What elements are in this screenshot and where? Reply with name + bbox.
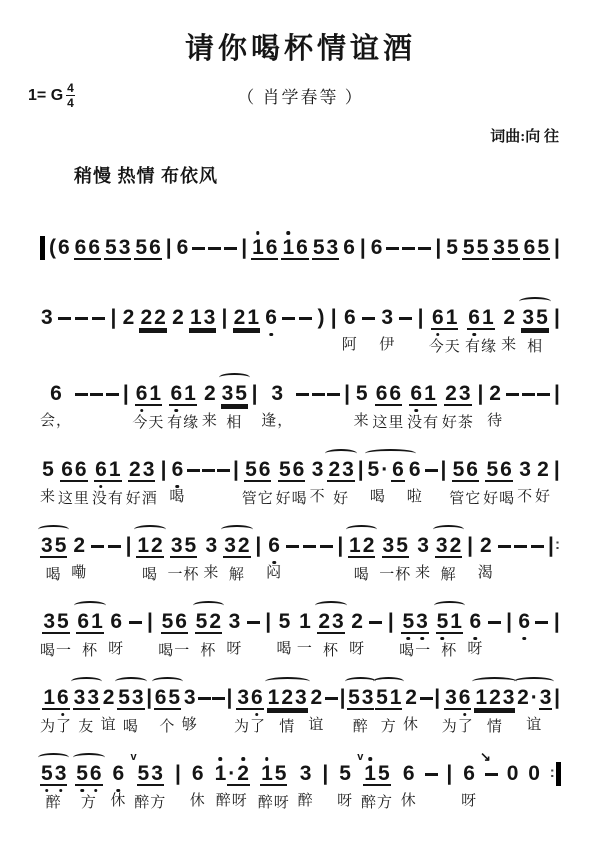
lyric: 好喝 <box>276 487 308 508</box>
time-signature: 4 4 <box>66 81 75 110</box>
octave-dot-below <box>45 789 49 793</box>
lyric: 来 <box>354 409 370 430</box>
subtitle: （ 肖学春等 ） <box>0 79 601 108</box>
lyric: 杯 <box>323 639 339 660</box>
begin-repeat-sign: |: <box>548 522 561 580</box>
octave-dot-below <box>463 713 467 717</box>
octave-dot-below <box>80 789 84 793</box>
note-token: 53 <box>312 224 339 260</box>
slur-arc <box>346 525 377 534</box>
lyric: 醉 <box>298 789 314 810</box>
lyric: 闷 <box>266 561 282 582</box>
lyric: 喝 <box>142 563 158 584</box>
note-token: 3伊 <box>379 294 395 354</box>
lyric: 喝一 <box>399 639 431 660</box>
page-title: 请你喝杯情谊酒 <box>0 26 601 67</box>
octave-dot-above <box>368 757 372 761</box>
dash-note <box>325 674 338 724</box>
note-token: ) <box>317 294 326 352</box>
score-line: 6会，|61今天61有缘2来35相|3逢，|5来66这里61没有23好茶|2待| <box>40 370 561 432</box>
note-token: 1·2醉呀 <box>214 750 250 810</box>
barline: | <box>505 598 513 656</box>
dash-note <box>91 522 104 572</box>
dash-note <box>299 294 312 344</box>
final-barline <box>556 762 561 786</box>
slur-arc <box>115 677 146 686</box>
dash-note <box>217 446 230 496</box>
slur-arc <box>221 525 252 534</box>
note-token: 51方 <box>375 674 402 736</box>
lyric: 休 <box>403 713 419 734</box>
note-token: 56管它 <box>242 446 274 508</box>
dash-note <box>535 598 548 648</box>
note-token: 66 <box>74 224 101 260</box>
meter-denominator: 4 <box>67 96 74 110</box>
lyric: 解 <box>441 563 457 584</box>
note-token: 16为了 <box>40 674 72 736</box>
barline: | <box>146 598 154 656</box>
lyric: 这里 <box>58 487 90 508</box>
dash-note <box>485 750 498 800</box>
lyric: 方 <box>81 791 97 812</box>
barline: | <box>240 224 248 258</box>
dash-note <box>202 446 215 496</box>
dash-note <box>198 674 211 724</box>
note-token: 12喝 <box>348 522 375 584</box>
thick-barline <box>40 236 45 260</box>
dash-note <box>399 294 412 344</box>
barline: | <box>221 294 229 352</box>
note-token: 5来 <box>40 446 56 506</box>
dash-note <box>425 750 438 800</box>
barline: | <box>387 598 395 656</box>
lyric: 喝 <box>123 715 139 736</box>
lyric: 喝 <box>354 563 370 584</box>
lyric: 今天 <box>429 335 461 356</box>
barline: | <box>553 674 561 732</box>
slur-arc <box>373 677 404 686</box>
dash-note <box>369 598 382 648</box>
lyric: 休 <box>401 789 417 810</box>
note-token: 52杯 <box>195 598 222 660</box>
dash-note <box>425 446 438 496</box>
lyric: 好酒 <box>126 487 158 508</box>
note-token: 61没有 <box>407 370 439 432</box>
system-start-bar <box>40 224 45 260</box>
lyric: 醉 <box>46 791 62 812</box>
note-token: 23好酒 <box>126 446 158 508</box>
lyric: 呀 <box>349 637 365 658</box>
slur-arc <box>472 677 517 686</box>
note-token: 2呀 <box>349 598 365 658</box>
lyric: 伊 <box>379 333 395 354</box>
lyric: 这里 <box>372 411 404 432</box>
octave-dot-above <box>256 231 260 235</box>
note-token: 3不 <box>517 446 533 506</box>
note-token: 6 <box>391 446 405 506</box>
note-token: 2休 <box>403 674 419 734</box>
note-token: 21 <box>233 294 260 354</box>
dash-note <box>90 370 103 420</box>
score: (6665356|6|1616536|6|5553565|3|222213|21… <box>40 224 561 812</box>
lyric: 会， <box>40 409 72 430</box>
note-token: 56好喝 <box>276 446 308 508</box>
end-repeat-sign: : <box>549 750 561 810</box>
lyric: 为了 <box>442 715 474 736</box>
dash-note <box>106 370 119 420</box>
octave-dot-below <box>255 713 259 717</box>
score-line: 16为了33友2谊53喝|65个3够|36为了123情2谊|53醉51方2休|3… <box>40 674 561 736</box>
note-token: 53喝一 <box>399 598 431 660</box>
barline: | <box>357 446 365 504</box>
note-token: 65 <box>523 224 550 260</box>
dash-note <box>522 370 535 420</box>
dash-note <box>386 224 399 250</box>
barline: | <box>445 750 453 808</box>
lyric: 待 <box>487 409 503 430</box>
note-token: 1一 <box>297 598 313 658</box>
sheet-page: 请你喝杯情谊酒 1= G 4 4 （ 肖学春等 ） 词曲:向 往 稍慢 热情 布… <box>0 0 601 861</box>
barline: | <box>336 522 344 580</box>
note-token: 23好茶 <box>442 370 474 432</box>
note-token: 2待 <box>487 370 503 430</box>
barline: | <box>343 370 351 428</box>
note-token: 53醉 <box>347 674 374 736</box>
note-token: 123情 <box>267 674 308 736</box>
dash-note <box>531 522 544 572</box>
note-token: 33友 <box>73 674 100 736</box>
dash-note <box>418 224 431 250</box>
note-token: 65个 <box>154 674 181 736</box>
dash-note <box>488 598 501 648</box>
note-token: 56喝一 <box>158 598 190 660</box>
note-token: 53 <box>104 224 131 260</box>
dash-note <box>506 370 519 420</box>
slur-arc <box>325 449 356 458</box>
lyric: 好茶 <box>442 411 474 432</box>
lyric: 呀 <box>226 637 242 658</box>
barline: | <box>466 522 474 580</box>
note-token: 3不 <box>310 446 326 506</box>
barline: | <box>165 224 173 258</box>
barline: | <box>553 294 561 352</box>
lyric: 有缘 <box>465 335 497 356</box>
note-token: 22 <box>139 294 166 354</box>
note-token: 53v醉方 <box>134 750 166 812</box>
lyric: 一杯 <box>379 563 411 584</box>
slur-arc <box>315 601 346 610</box>
note-token: 61杯 <box>76 598 103 660</box>
dash-note <box>498 522 511 572</box>
note-token: 2 <box>122 294 136 352</box>
note-token: 61今天 <box>429 294 461 356</box>
barline: | <box>226 674 234 732</box>
slur-arc <box>193 601 224 610</box>
note-token: 66这里 <box>372 370 404 432</box>
note-token: 15醉呀 <box>258 750 290 812</box>
lyric: 友 <box>78 715 94 736</box>
note-token: 0 <box>527 750 541 808</box>
dash-note <box>208 224 221 250</box>
slur-arc <box>74 601 105 610</box>
barline: | <box>251 370 259 428</box>
note-token: (6 <box>48 224 71 258</box>
note-token: 6↘呀 <box>461 750 477 810</box>
barline: | <box>110 294 118 352</box>
note-token: 2渴 <box>478 522 494 582</box>
barline: | <box>433 674 441 732</box>
key-subtitle-row: 1= G 4 4 （ 肖学春等 ） <box>0 79 601 119</box>
breath-mark: v <box>131 751 137 763</box>
note-token: 6啦 <box>407 446 423 506</box>
note-token: 53醉 <box>40 750 67 812</box>
barline: | <box>264 598 272 656</box>
note-token: 35喝一 <box>40 598 72 660</box>
score-line: 35喝一61杯6呀|56喝一52杯3呀|5喝1一23杯2呀|53喝一51杯6呀|… <box>40 598 561 660</box>
dash-note <box>514 522 527 572</box>
score-line: 35喝2嘞|12喝35一杯3来32解|6闷|12喝35一杯3来32解|2渴|: <box>40 522 561 584</box>
barline: | <box>553 598 561 656</box>
lyric: 逢， <box>261 409 293 430</box>
octave-dot-above <box>219 757 223 761</box>
lyric: 为了 <box>40 715 72 736</box>
barline: | <box>321 750 329 808</box>
octave-dot-below <box>269 333 273 337</box>
dash-note <box>303 522 316 572</box>
lyric: 来 <box>415 561 431 582</box>
tempo-marking: 稍慢 热情 布依风 <box>74 162 601 188</box>
note-token: 56管它 <box>449 446 481 508</box>
note-token: 32解 <box>223 522 250 584</box>
note-token: 35喝 <box>40 522 67 584</box>
note-token: 3醉 <box>298 750 314 810</box>
octave-dot-below <box>61 713 65 717</box>
lyric: 不 <box>517 485 533 506</box>
dash-note <box>402 224 415 250</box>
dash-note <box>192 224 205 250</box>
barline: | <box>553 370 561 428</box>
slur-arc <box>152 677 183 686</box>
note-token: 51杯 <box>436 598 463 660</box>
lyric: 呀 <box>108 637 124 658</box>
slur-arc <box>38 525 69 534</box>
note-token: 12喝 <box>136 522 163 584</box>
barline: | <box>434 224 442 258</box>
note-token: 6闷 <box>266 522 282 582</box>
lyric: 醉方 <box>361 791 393 812</box>
dash-note <box>362 294 375 344</box>
dash-note <box>58 294 71 344</box>
note-token: 61没有 <box>92 446 124 508</box>
lyric: 渴 <box>478 561 494 582</box>
dash-note <box>247 598 260 648</box>
octave-dot-below <box>436 333 440 337</box>
lyric: 休 <box>190 789 206 810</box>
note-token: 2·3谊 <box>516 674 552 734</box>
lyric: 情 <box>487 715 503 736</box>
dash-note <box>75 370 88 420</box>
note-token: 16 <box>281 224 308 260</box>
note-token: 3够 <box>182 674 198 734</box>
meter-numerator: 4 <box>66 81 75 96</box>
score-line: 3|222213|216)|6阿3伊|61今天61有缘2来35相| <box>40 294 561 356</box>
slur-arc <box>265 677 310 686</box>
lyric: 杯 <box>200 639 216 660</box>
barline: | <box>553 224 561 258</box>
lyric: 呀 <box>467 637 483 658</box>
lyric: 醉呀 <box>258 791 290 812</box>
slur-arc <box>434 601 465 610</box>
note-token: 35一杯 <box>379 522 411 584</box>
slur-arc <box>73 753 104 762</box>
octave-dot-below <box>175 409 179 413</box>
octave-dot-above <box>241 757 245 761</box>
octave-dot-below <box>59 789 63 793</box>
slur-arc <box>514 677 554 686</box>
barline: | <box>477 370 485 428</box>
dash-note <box>420 674 433 724</box>
octave-dot-below <box>474 637 478 641</box>
lyric: 个 <box>159 715 175 736</box>
lyric: 不 <box>310 485 326 506</box>
note-token: 2来 <box>501 294 517 354</box>
lyric: 好 <box>333 487 349 508</box>
repeat-dots: : <box>550 764 555 781</box>
lyric: 相 <box>527 335 543 356</box>
lyric: 来 <box>203 561 219 582</box>
note-token: 2谊 <box>308 674 324 734</box>
lyric: 方 <box>381 715 397 736</box>
note-token: 6呀 <box>108 598 124 658</box>
lyric: 啦 <box>407 485 423 506</box>
note-token: 123情 <box>474 674 515 736</box>
note-token: 5·喝 <box>367 446 390 506</box>
note-token: 6休 <box>110 750 126 810</box>
lyric: 谊 <box>101 713 117 734</box>
octave-dot-below <box>472 333 476 337</box>
note-token: 6阿 <box>342 294 358 354</box>
octave-dot-below <box>140 409 144 413</box>
note-token: 2谊 <box>101 674 117 734</box>
note-token: 56方 <box>75 750 102 812</box>
barline: | <box>125 522 133 580</box>
lyric: 相 <box>226 411 242 432</box>
slur-arc <box>345 677 376 686</box>
slur-arc <box>433 525 464 534</box>
lyric: 喝一 <box>158 639 190 660</box>
lyric: 来 <box>202 409 218 430</box>
lyric: 喝 <box>169 485 185 506</box>
lyric: 休 <box>110 789 126 810</box>
note-token: 23杯 <box>317 598 344 660</box>
repeat-dots: : <box>555 536 560 553</box>
note-token: 15v醉方 <box>361 750 393 812</box>
octave-dot-below <box>99 485 103 489</box>
dash-note <box>212 674 225 724</box>
note-token: 6 <box>517 598 531 656</box>
dash-note <box>286 522 299 572</box>
note-token: 2来 <box>202 370 218 430</box>
note-token: 6 <box>176 224 190 258</box>
barline: | <box>439 446 447 504</box>
note-token: 6休 <box>401 750 417 810</box>
score-line: (6665356|6|1616536|6|5553565| <box>40 224 561 260</box>
dash-note <box>327 370 340 420</box>
note-token: 55 <box>462 224 489 260</box>
lyric: 来 <box>501 333 517 354</box>
octave-dot-below <box>415 409 419 413</box>
note-token: 5来 <box>354 370 370 430</box>
lyric: 为了 <box>234 715 266 736</box>
dash-note <box>224 224 237 250</box>
dash-note <box>320 522 333 572</box>
barline: | <box>417 294 425 352</box>
note-token: 53喝 <box>117 674 144 736</box>
octave-dot-below <box>420 637 424 641</box>
octave-dot-above <box>265 757 269 761</box>
note-token: 56 <box>134 224 161 260</box>
note-token: 6休 <box>190 750 206 810</box>
note-token: 6 <box>264 294 278 352</box>
note-token: 6呀 <box>467 598 483 658</box>
credit: 词曲:向 往 <box>0 125 601 146</box>
slur-arc <box>519 297 550 306</box>
breath-mark: v <box>357 751 363 763</box>
score-line: 53醉56方6休53v醉方|6休1·2醉呀15醉呀3醉|5呀15v醉方6休|6↘… <box>40 750 561 812</box>
slur-arc <box>71 677 102 686</box>
lyric: 呀 <box>461 789 477 810</box>
lyric: 杯 <box>441 639 457 660</box>
score-line: 5来66这里61没有23好酒|6喝|56管它56好喝3不23好|5·喝66啦|5… <box>40 446 561 508</box>
note-token: 35相 <box>221 370 248 432</box>
note-token: 3来 <box>203 522 219 582</box>
barline: | <box>232 446 240 504</box>
note-token: 61有缘 <box>167 370 199 432</box>
note-token: 6 <box>342 224 356 258</box>
octave-dot-below <box>272 561 276 565</box>
note-token: 6 <box>370 224 384 258</box>
slur-arc <box>219 373 250 382</box>
lyric: 有缘 <box>167 411 199 432</box>
barline: | <box>254 522 262 580</box>
note-token: 32解 <box>435 522 462 584</box>
barline: | <box>160 446 168 504</box>
lyric: 管它 <box>449 487 481 508</box>
lyric: 谊 <box>308 713 324 734</box>
note-token: 3逢， <box>261 370 293 430</box>
key-signature: 1= G 4 4 <box>28 81 75 110</box>
barline: | <box>330 294 338 352</box>
note-token: 2 <box>171 294 185 352</box>
lyric: 管它 <box>242 487 274 508</box>
note-token: 35 <box>492 224 519 260</box>
key-prefix: 1= G <box>28 87 63 105</box>
note-token: 0 <box>506 750 520 808</box>
note-token: 36为了 <box>442 674 474 736</box>
dash-note <box>75 294 88 344</box>
dash-note <box>187 446 200 496</box>
dash-note <box>129 598 142 648</box>
lyric: 够 <box>182 713 198 734</box>
lyric: 杯 <box>82 639 98 660</box>
note-token: 2嘞 <box>71 522 87 582</box>
octave-dot-below <box>94 789 98 793</box>
lyric: 醉 <box>353 715 369 736</box>
note-token: 2好 <box>535 446 551 506</box>
dash-note <box>312 370 325 420</box>
dash-note <box>537 370 550 420</box>
lyric: 喝 <box>277 637 293 658</box>
